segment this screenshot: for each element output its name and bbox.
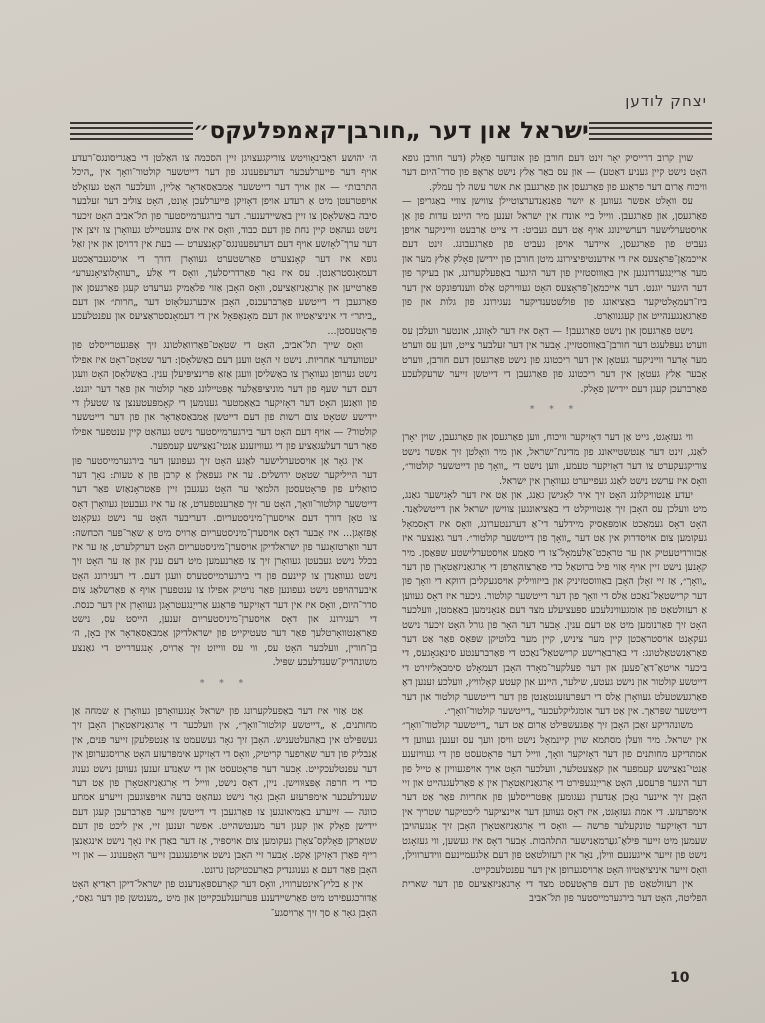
section-separator: * * * xyxy=(402,403,707,417)
paragraph: אין אַ בליץ־אינטערוויו, וואָס דער קאָרעס… xyxy=(72,878,377,921)
author-name: יצחק לודען xyxy=(625,92,707,110)
paragraph: ה׳ יהושע ראַבינאָוויטש צוריקגעצויגן זיין… xyxy=(72,152,377,339)
article-title: ישראל און דער „חורבן־קאמפלעקס״ xyxy=(193,118,589,144)
paragraph: נישט פאַרגעסן און נישט פאַרגעבן! — דאָס … xyxy=(402,325,707,397)
paragraph: עס וואָלט אפשר געווען אַ יושר פאַנאַנדער… xyxy=(402,195,707,325)
decorative-rule-right xyxy=(589,122,712,140)
paragraph: וואָס שייך תל־אביב, האָט די שטאָט־פאַרוו… xyxy=(72,339,377,454)
paragraph: אַט אַזוי איז דער באַפעלקערונג פון ישראל… xyxy=(72,705,377,878)
page-number: 10 xyxy=(670,970,689,986)
left-column: ה׳ יהושע ראַבינאָוויטש צוריקגעצויגן זיין… xyxy=(72,152,377,921)
decorative-rule-left xyxy=(70,122,193,140)
paragraph: אין רעזולטאַט פון דעם פּראָטעסט מצד די א… xyxy=(402,878,707,907)
paragraph: משונהדיקע זאַכן האָבן זיך אָפּגעשפּילט א… xyxy=(402,719,707,877)
paragraph: ווי געזאָגט, גייט אַן דער דאָזיקער וויכו… xyxy=(402,431,707,489)
article-title-row: ישראל און דער „חורבן־קאמפלעקס״ xyxy=(70,116,712,146)
paragraph: אין גאָר אַן אויסטערלישער לאַגע האָט זיך… xyxy=(72,455,377,671)
paragraph: שוין קרוב דרייסיק יאָר זינט דעם חורבן פו… xyxy=(402,152,707,195)
paragraph: יעדע אַנטוויקלונג האָט זיך איר לאָגישן ג… xyxy=(402,489,707,720)
section-separator: * * * xyxy=(72,677,377,691)
right-column: שוין קרוב דרייסיק יאָר זינט דעם חורבן פו… xyxy=(402,152,707,907)
